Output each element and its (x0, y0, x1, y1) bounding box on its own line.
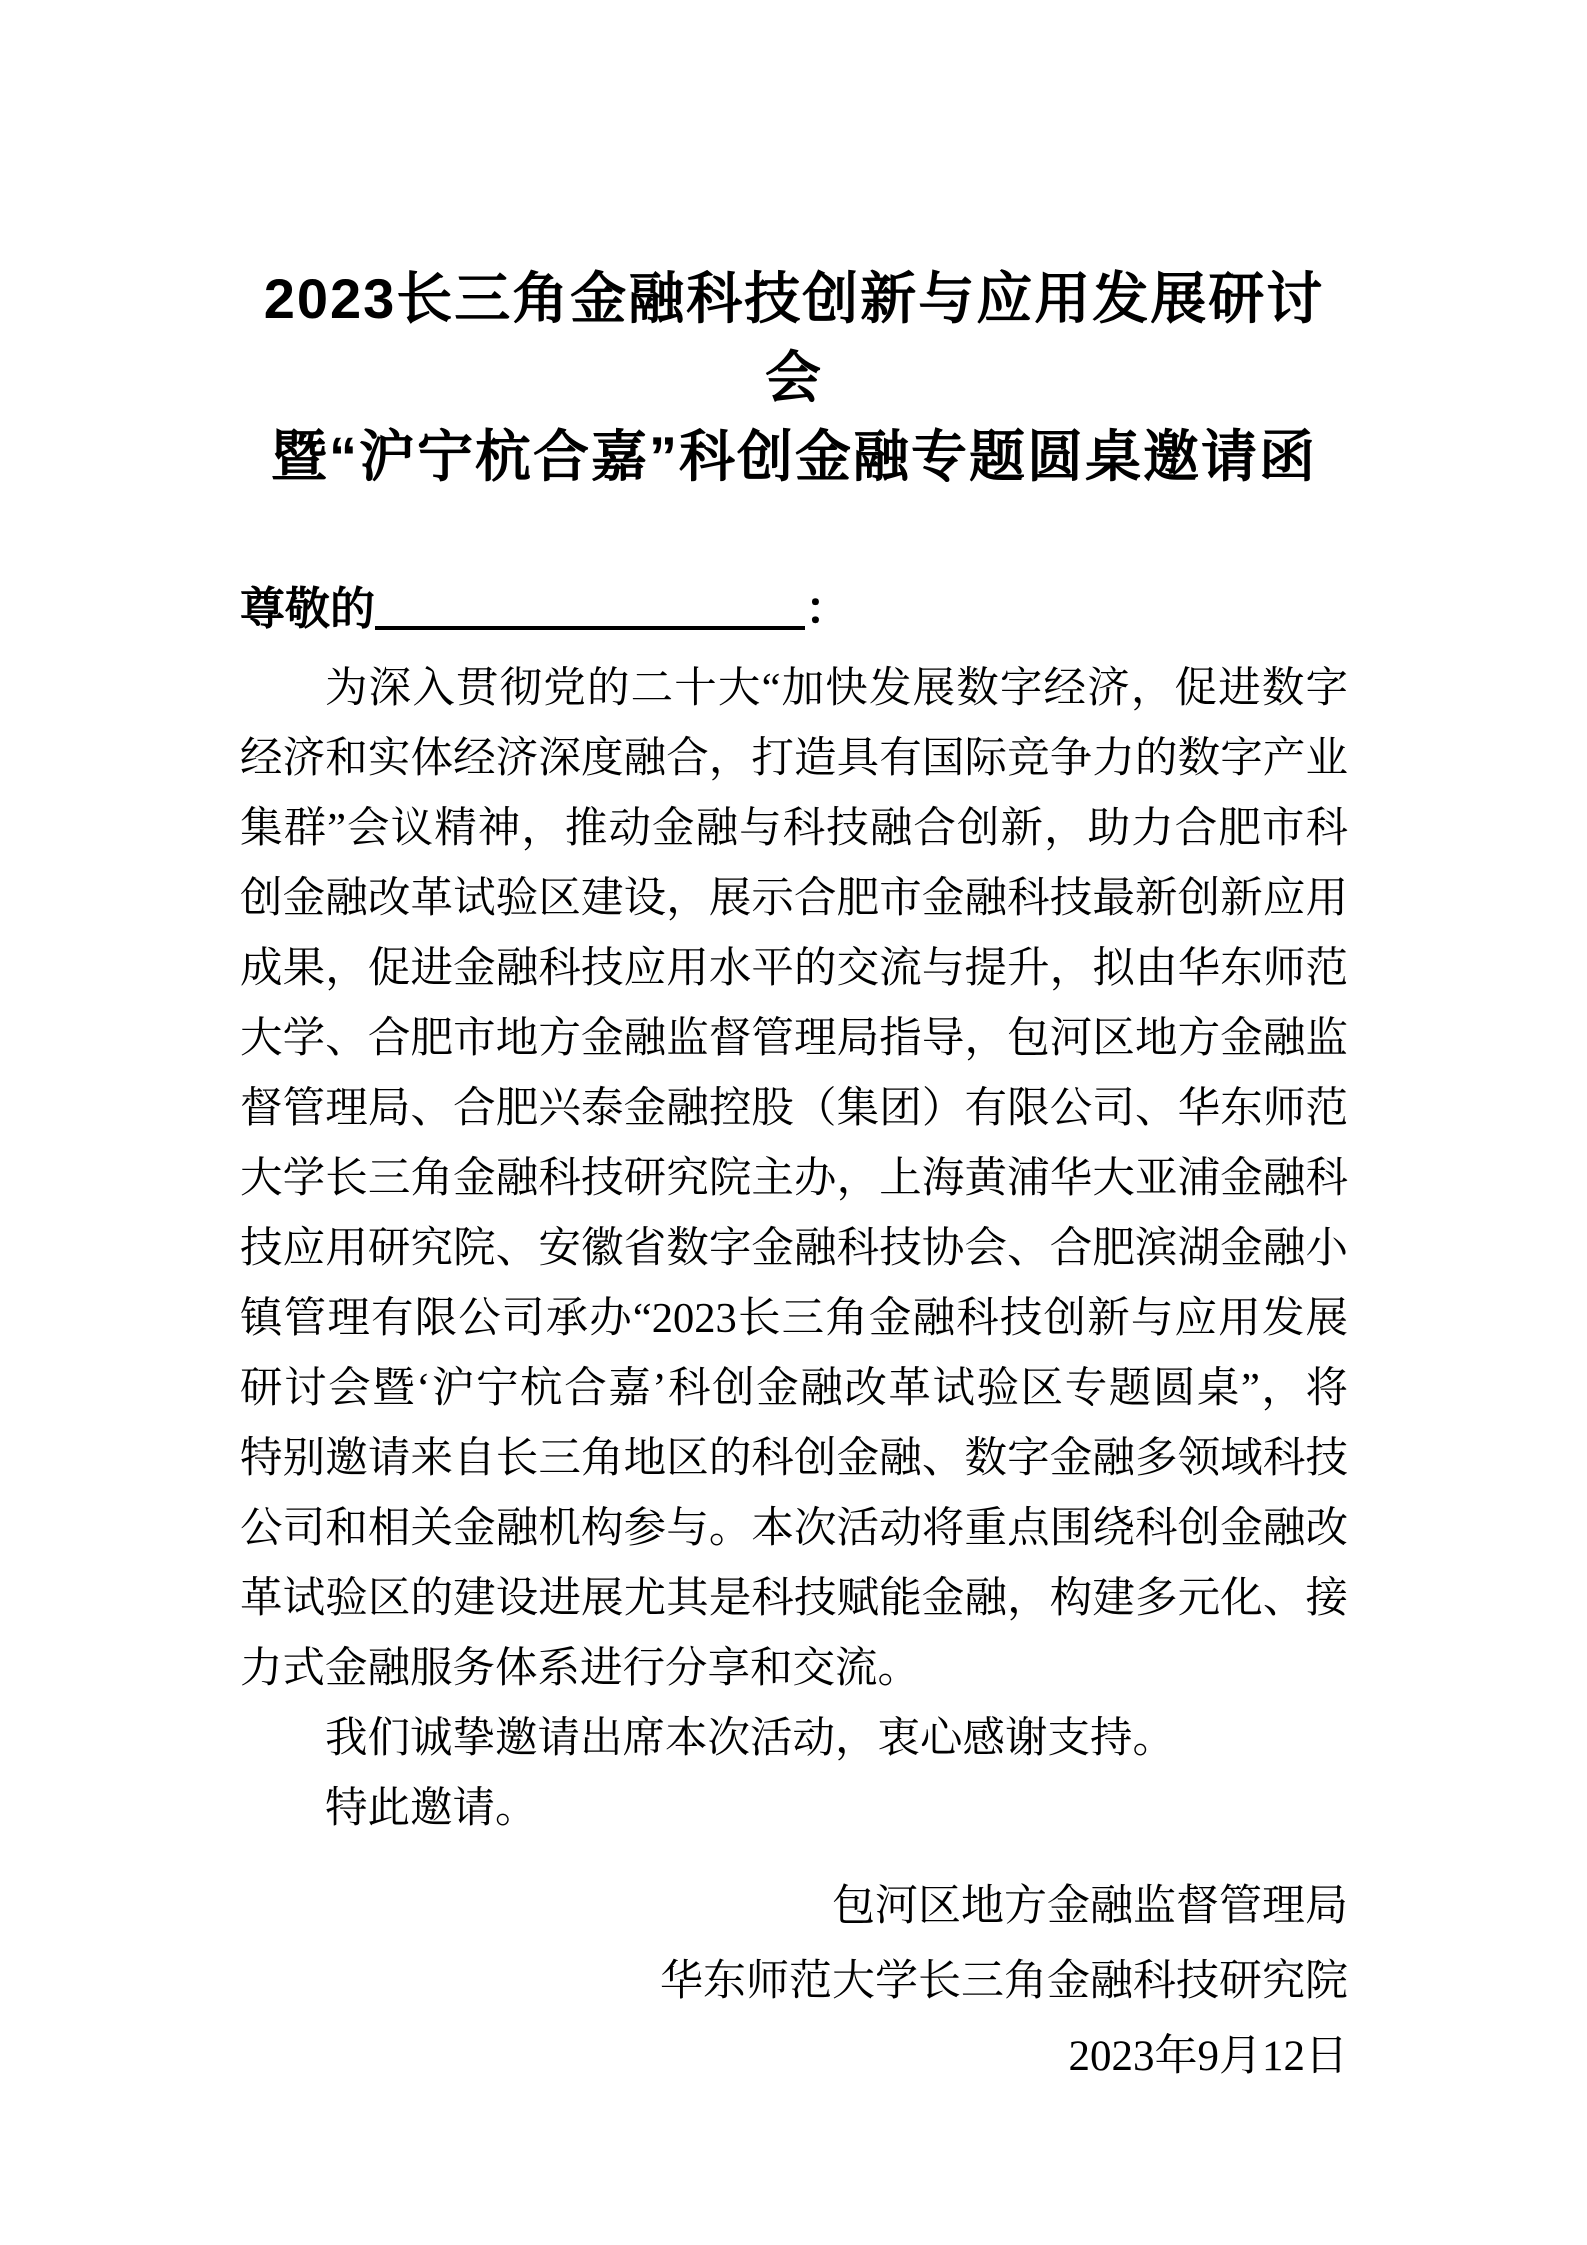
document-title-line-2: 暨“沪宁杭合嘉”科创金融专题圆桌邀请函 (240, 417, 1348, 496)
signature-block: 包河区地方金融监督管理局 华东师范大学长三角金融科技研究院 2023年9月12日 (240, 1869, 1348, 2094)
signature-line-bureau: 包河区地方金融监督管理局 (240, 1869, 1348, 1944)
signature-line-institute: 华东师范大学长三角金融科技研究院 (240, 1944, 1348, 2019)
salutation-colon: ： (805, 584, 850, 634)
document-title-line-1: 2023长三角金融科技创新与应用发展研讨会 (240, 259, 1348, 417)
salutation-prefix: 尊敬的 (240, 584, 375, 634)
document-page: 2023长三角金融科技创新与应用发展研讨会 暨“沪宁杭合嘉”科创金融专题圆桌邀请… (0, 0, 1587, 2245)
salutation-line: 尊敬的： (240, 579, 1348, 639)
document-date: 2023年9月12日 (240, 2019, 1348, 2094)
document-content: 2023长三角金融科技创新与应用发展研讨会 暨“沪宁杭合嘉”科创金融专题圆桌邀请… (240, 0, 1348, 2094)
body-paragraph-invite: 我们诚挚邀请出席本次活动，衷心感谢支持。 (240, 1704, 1348, 1774)
recipient-name-blank (375, 626, 805, 630)
body-paragraph-main: 为深入贯彻党的二十大“加快发展数字经济，促进数字经济和实体经济深度融合，打造具有… (240, 654, 1348, 1704)
document-title: 2023长三角金融科技创新与应用发展研讨会 暨“沪宁杭合嘉”科创金融专题圆桌邀请… (240, 259, 1348, 496)
letter-body: 为深入贯彻党的二十大“加快发展数字经济，促进数字经济和实体经济深度融合，打造具有… (240, 654, 1348, 1844)
body-paragraph-closing: 特此邀请。 (240, 1774, 1348, 1844)
